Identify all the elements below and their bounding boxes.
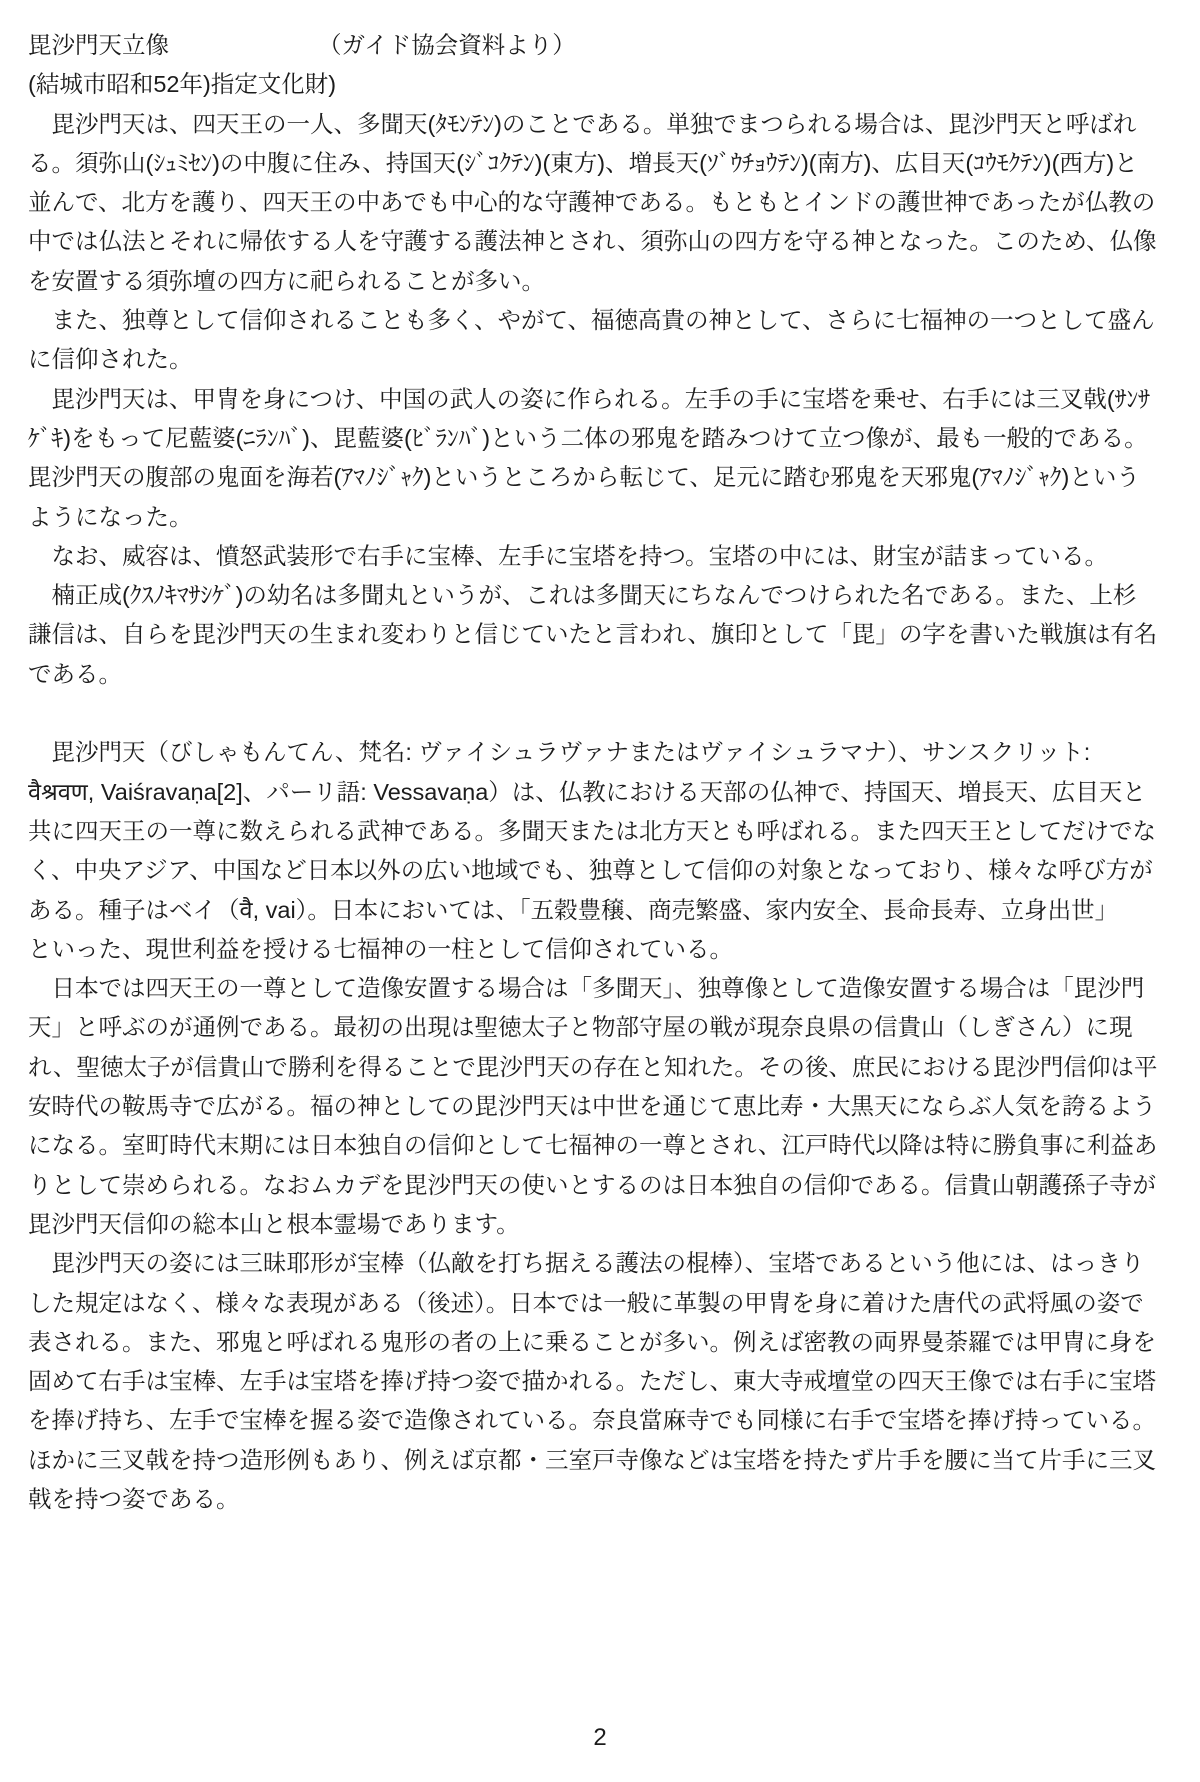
text-line: 表される。また、邪鬼と呼ばれる鬼形の者の上に乗ることが多い。例えば密教の両界曼荼… — [28, 1323, 1178, 1362]
text-line: に信仰された。 — [28, 340, 1178, 379]
text-line: 戟を持つ姿である。 — [28, 1480, 1178, 1519]
text-line: 楠正成(ｸｽﾉｷﾏｻｼｹﾞ)の幼名は多聞丸というが、これは多聞天にちなんでつけら… — [28, 576, 1178, 615]
document-content: 毘沙門天立像（ガイド協会資料より） (結城市昭和52年)指定文化財) 毘沙門天は… — [28, 26, 1178, 1519]
text-line: 毘沙門天の腹部の鬼面を海若(ｱﾏﾉｼﾞｬｸ)というところから転じて、足元に踏む邪… — [28, 458, 1178, 497]
text-line: 共に四天王の一尊に数えられる武神である。多聞天または北方天とも呼ばれる。また四天… — [28, 812, 1178, 851]
text-line: 固めて右手は宝棒、左手は宝塔を捧げ持つ姿で描かれる。ただし、東大寺戒壇堂の四天王… — [28, 1362, 1178, 1401]
text-line: वैश्रवण, Vaiśravaṇa[2]、パーリ語: Vessavaṇa）は… — [28, 773, 1178, 812]
text-line: 中では仏法とそれに帰依する人を守護する護法神とされ、須弥山の四方を守る神となった… — [28, 222, 1178, 261]
text-line: 毘沙門天は、四天王の一人、多聞天(ﾀﾓﾝﾃﾝ)のことである。単独でまつられる場合… — [28, 105, 1178, 144]
document-page: 毘沙門天立像（ガイド協会資料より） (結城市昭和52年)指定文化財) 毘沙門天は… — [0, 0, 1200, 1782]
text-line: く、中央アジア、中国など日本以外の広い地域でも、独尊として信仰の対象となっており… — [28, 851, 1178, 890]
page-number: 2 — [0, 1718, 1200, 1757]
text-line: といった、現世利益を授ける七福神の一柱として信仰されている。 — [28, 930, 1178, 969]
text-line: 毘沙門天の姿には三昧耶形が宝棒（仏敵を打ち据える護法の棍棒）、宝塔であるという他… — [28, 1244, 1178, 1283]
text-line: なお、威容は、憤怒武装形で右手に宝棒、左手に宝塔を持つ。宝塔の中には、財宝が詰ま… — [28, 537, 1178, 576]
text-line: りとして崇められる。なおムカデを毘沙門天の使いとするのは日本独自の信仰である。信… — [28, 1166, 1178, 1205]
source-note: （ガイド協会資料より） — [318, 26, 576, 65]
text-line: 並んで、北方を護り、四天王の中あでも中心的な守護神である。もともとインドの護世神… — [28, 183, 1178, 222]
document-body: 毘沙門天は、四天王の一人、多聞天(ﾀﾓﾝﾃﾝ)のことである。単独でまつられる場合… — [28, 105, 1178, 1520]
text-line: した規定はなく、様々な表現がある（後述）。日本では一般に革製の甲冑を身に着けた唐… — [28, 1284, 1178, 1323]
document-header: 毘沙門天立像（ガイド協会資料より） — [28, 26, 1178, 65]
text-line: を安置する須弥壇の四方に祀られることが多い。 — [28, 262, 1178, 301]
text-line: を捧げ持ち、左手で宝棒を握る姿で造像されている。奈良當麻寺でも同様に右手で宝塔を… — [28, 1401, 1178, 1440]
text-line: 謙信は、自らを毘沙門天の生まれ変わりと信じていたと言われ、旗印として「毘」の字を… — [28, 615, 1178, 654]
text-line: ｹﾞｷ)をもって尼藍婆(ﾆﾗﾝﾊﾞ)、毘藍婆(ﾋﾞﾗﾝﾊﾞ)という二体の邪鬼を踏… — [28, 419, 1178, 458]
text-line: また、独尊として信仰されることも多く、やがて、福徳高貴の神として、さらに七福神の… — [28, 301, 1178, 340]
text-line: 毘沙門天は、甲冑を身につけ、中国の武人の姿に作られる。左手の手に宝塔を乗せ、右手… — [28, 380, 1178, 419]
text-line: である。 — [28, 655, 1178, 694]
text-line: 毘沙門天（びしゃもんてん、梵名: ヴァイシュラヴァナまたはヴァイシュラマナ）、サ… — [28, 733, 1178, 772]
text-line: 日本では四天王の一尊として造像安置する場合は「多聞天」、独尊像として造像安置する… — [28, 969, 1178, 1008]
text-line — [28, 694, 1178, 733]
text-line: 毘沙門天信仰の総本山と根本霊場であります。 — [28, 1205, 1178, 1244]
page-title: 毘沙門天立像 — [28, 32, 169, 58]
text-line: ようになった。 — [28, 498, 1178, 537]
designation-line: (結城市昭和52年)指定文化財) — [28, 65, 1178, 104]
text-line: になる。室町時代末期には日本独自の信仰として七福神の一尊とされ、江戸時代以降は特… — [28, 1126, 1178, 1165]
text-line: ある。種子はベイ（वै, vai）。日本においては、「五穀豊穣、商売繁盛、家内安… — [28, 891, 1178, 930]
text-line: れ、聖徳太子が信貴山で勝利を得ることで毘沙門天の存在と知れた。その後、庶民におけ… — [28, 1048, 1178, 1087]
text-line: 天」と呼ぶのが通例である。最初の出現は聖徳太子と物部守屋の戦が現奈良県の信貴山（… — [28, 1008, 1178, 1047]
text-line: 安時代の鞍馬寺で広がる。福の神としての毘沙門天は中世を通じて恵比寿・大黒天になら… — [28, 1087, 1178, 1126]
text-line: ほかに三叉戟を持つ造形例もあり、例えば京都・三室戸寺像などは宝塔を持たず片手を腰… — [28, 1441, 1178, 1480]
text-line: る。須弥山(ｼｭﾐｾﾝ)の中腹に住み、持国天(ｼﾞｺｸﾃﾝ)(東方)、増長天(ｿ… — [28, 144, 1178, 183]
